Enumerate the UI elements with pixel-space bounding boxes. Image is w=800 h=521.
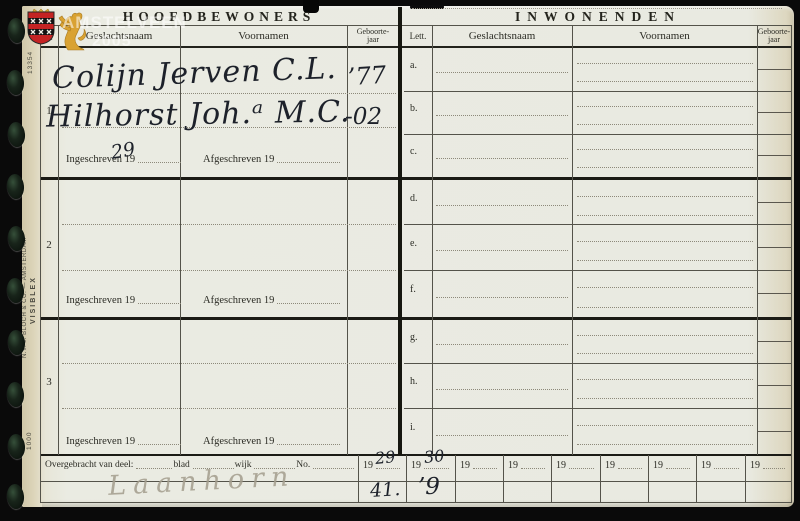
deregistered-label: Afgeschreven 19 (203, 436, 274, 447)
surname-writing-line (436, 205, 568, 206)
firstnames-writing-line (577, 398, 753, 399)
firstnames-writing-line (577, 379, 753, 380)
birthyear-divider-line (757, 293, 792, 294)
col-header-firstnames: Voornamen (180, 31, 347, 43)
birthyear-divider-line (757, 431, 792, 432)
year-cell: 19 (600, 455, 648, 503)
inwonenden-row: h. (404, 363, 792, 408)
dotted-leader (618, 460, 642, 469)
inwonenden-row: d. (404, 180, 792, 224)
surname-writing-line (436, 115, 568, 116)
dotted-leader (714, 460, 739, 469)
card-edge-dotted-line (412, 8, 782, 9)
cutoff-year-label: 19 (654, 503, 678, 508)
letter-label: d. (410, 194, 418, 205)
dotted-leader (138, 154, 181, 163)
year-label: 19 (701, 461, 711, 472)
surname-writing-line (436, 72, 568, 73)
dotted-leader (569, 460, 594, 469)
year-label: 19 (556, 461, 566, 472)
surname-writing-line (436, 250, 568, 251)
row-number: 3 (42, 377, 56, 389)
writing-line (62, 408, 396, 409)
dotted-leader (277, 154, 340, 163)
note-handwriting: 41. (369, 478, 401, 502)
dotted-leader (473, 460, 497, 469)
spine-print-run: 1000 (26, 412, 33, 450)
cutoff-year-label: 19 (364, 503, 388, 508)
birthyear-divider-line (757, 341, 792, 342)
firstnames-writing-line (577, 307, 753, 308)
year-cell: 19 (648, 455, 696, 503)
year-cell: 19 (551, 455, 600, 503)
deregistered-field: Afgeschreven 19 (203, 293, 341, 306)
registered-field: Ingeschreven 19 (66, 293, 182, 306)
year-cell: 19 (696, 455, 745, 503)
cutoff-year-label: 19 (461, 503, 485, 508)
letter-label: b. (410, 104, 418, 115)
birthyear-divider-line (757, 247, 792, 248)
year-cell: 19 30 ’9 (406, 455, 455, 503)
grid-line-h (40, 25, 792, 26)
firstnames-writing-line (577, 106, 753, 107)
letter-label: g. (410, 333, 418, 344)
resident-name-handwriting: Hilhorst Joh.ᵃ M.C. (46, 94, 351, 134)
letter-label: c. (410, 147, 417, 158)
year-label: 19 (605, 461, 615, 472)
firstnames-writing-line (577, 81, 753, 82)
year-label: 19 (363, 461, 373, 472)
registered-year-handwriting: 29 (109, 138, 136, 164)
no-label: No. (296, 461, 310, 471)
cutoff-year-label: 19 (557, 503, 581, 508)
grid-line-v (40, 25, 41, 503)
year-handwriting: 30 (423, 446, 445, 467)
firstnames-writing-line (577, 215, 753, 216)
firstnames-writing-line (577, 241, 753, 242)
col-header-birthyear-line2: jaar (347, 36, 399, 44)
year-cell: 19 (455, 455, 503, 503)
birthyear-divider-line (757, 112, 792, 113)
dotted-leader (666, 460, 690, 469)
firstnames-writing-line (577, 425, 753, 426)
registered-label: Ingeschreven 19 (66, 295, 135, 306)
surname-writing-line (436, 344, 568, 345)
letter-label: h. (410, 377, 418, 388)
writing-line (62, 224, 396, 225)
scanned-register-card: 13354 N.V. J. BLOCH & CO. — AMSTERDAM VI… (0, 0, 800, 521)
surname-writing-line (436, 297, 568, 298)
dotted-leader (763, 460, 785, 469)
inwonenden-row: b. (404, 91, 792, 134)
deregistered-label: Afgeschreven 19 (203, 154, 274, 165)
dotted-leader (138, 436, 181, 445)
col-header-birthyear: Geboorte- jaar (347, 28, 399, 45)
birthyear-handwriting: -02 (345, 104, 382, 130)
col-header-lett: Lett. (404, 32, 432, 41)
registered-label: Ingeschreven 19 (66, 436, 135, 447)
firstnames-writing-line (577, 124, 753, 125)
inwonenden-row: f. (404, 270, 792, 317)
cutoff-year-label: 19 (412, 503, 436, 508)
birthyear-divider-line (757, 385, 792, 386)
inwonenden-row: e. (404, 224, 792, 270)
deregistered-label: Afgeschreven 19 (203, 295, 274, 306)
inwonenden-title: INWONENDEN (404, 9, 792, 25)
dotted-leader (277, 295, 340, 304)
grid-line-v (347, 25, 348, 455)
year-cell: 19 (503, 455, 551, 503)
col-header-birthyear: Geboorte- jaar (757, 28, 791, 45)
lion-icon (59, 13, 86, 50)
col-header-firstnames: Voornamen (572, 31, 757, 43)
inwonenden-row: c. (404, 134, 792, 177)
year-label: 19 (411, 461, 421, 472)
spine-brand-text: VISIBLEX (30, 192, 37, 324)
year-cell: 19 29 41. (358, 455, 406, 503)
dotted-leader (313, 460, 354, 469)
firstnames-writing-line (577, 63, 753, 64)
deregistered-field: Afgeschreven 19 (203, 434, 341, 447)
inwonenden-row: a. (404, 48, 792, 91)
dotted-leader (277, 436, 340, 445)
writing-line (62, 363, 396, 364)
firstnames-writing-line (577, 167, 753, 168)
writing-line (62, 270, 396, 271)
firstnames-writing-line (577, 196, 753, 197)
firstnames-writing-line (577, 335, 753, 336)
birthyear-divider-line (757, 69, 792, 70)
year-handwriting: 29 (374, 447, 396, 468)
year-cell: 19 (745, 455, 791, 503)
col-header-surname: Geslachtsnaam (432, 31, 572, 43)
firstnames-writing-line (577, 149, 753, 150)
firstnames-writing-line (577, 260, 753, 261)
note-handwriting: ’9 (418, 474, 440, 500)
birthyear-divider-line (757, 202, 792, 203)
deregistered-field: Afgeschreven 19 (203, 152, 341, 165)
year-label: 19 (508, 461, 518, 472)
inwonenden-row: i. (404, 408, 792, 454)
firstnames-writing-line (577, 287, 753, 288)
year-label: 19 (750, 461, 760, 472)
cutoff-year-label: 19 (606, 503, 630, 508)
firstnames-writing-line (577, 444, 753, 445)
firstnames-writing-line (577, 353, 753, 354)
letter-label: a. (410, 61, 417, 72)
cutoff-year-label: 19 (509, 503, 533, 508)
cutoff-year-label: 19 (751, 503, 775, 508)
row-number: 2 (42, 240, 56, 252)
center-divider-line (398, 7, 402, 455)
surname-writing-line (436, 435, 568, 436)
dotted-leader (138, 295, 181, 304)
dotted-leader (521, 460, 545, 469)
year-label: 19 (653, 461, 663, 472)
shield-icon (28, 12, 54, 44)
surname-writing-line (436, 389, 568, 390)
letter-label: f. (410, 285, 416, 296)
surname-writing-line (436, 158, 568, 159)
col-header-birthyear-line2: jaar (757, 36, 791, 44)
birthyear-divider-line (757, 155, 792, 156)
letter-label: i. (410, 423, 415, 434)
registered-field: Ingeschreven 19 (66, 434, 182, 447)
year-label: 19 (460, 461, 470, 472)
inwonenden-row: g. (404, 320, 792, 363)
letter-label: e. (410, 239, 417, 250)
amstelveen-coat-of-arms (24, 8, 104, 54)
cutoff-year-label: 19 (702, 503, 726, 508)
birthyear-handwriting: ’77 (347, 61, 387, 92)
